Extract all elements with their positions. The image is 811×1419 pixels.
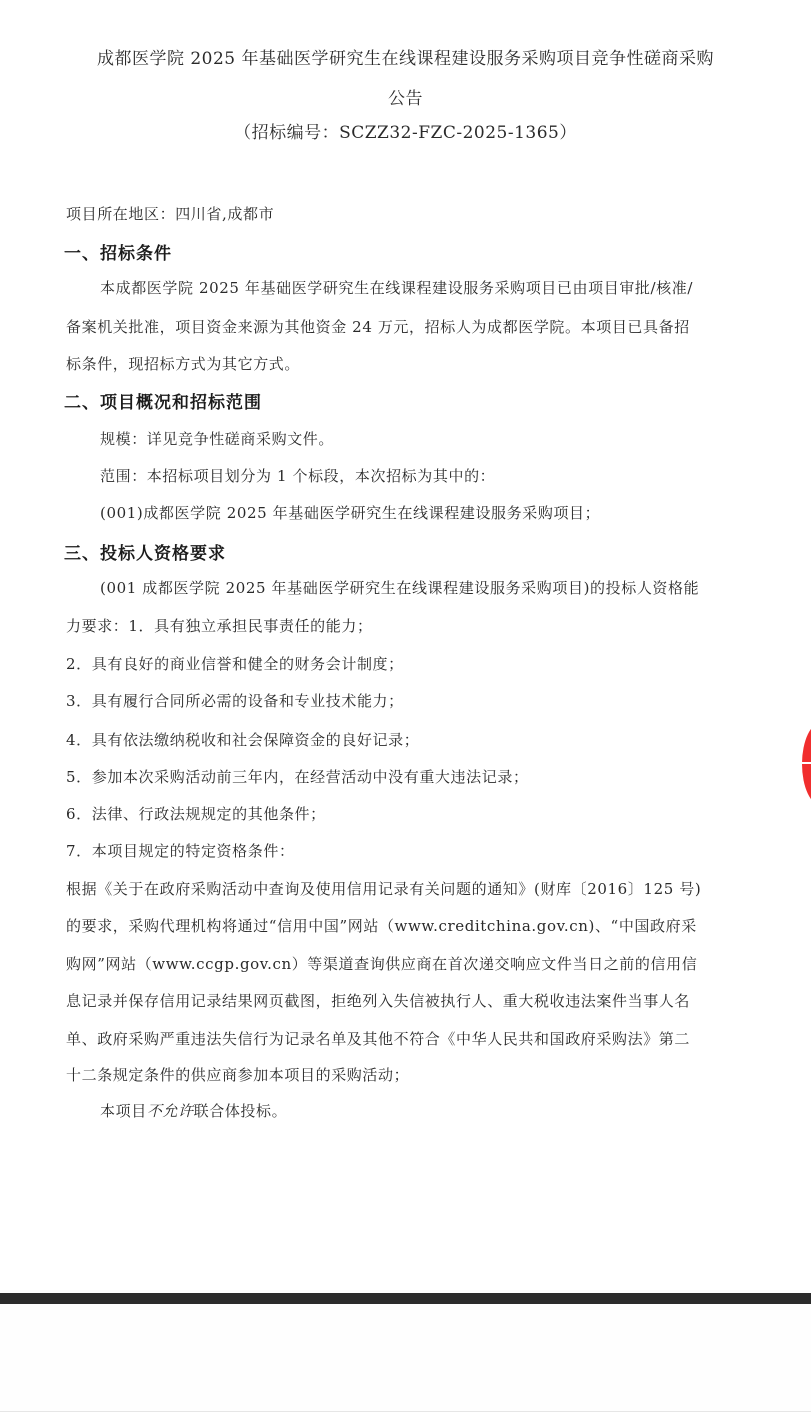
requirement-item-5: 5．参加本次采购活动前三年内，在经营活动中没有重大违法记录； bbox=[66, 766, 529, 787]
consortium-not-allowed: 不允许 bbox=[147, 1102, 194, 1120]
paragraph-line: 十二条规定条件的供应商参加本项目的采购活动； bbox=[66, 1064, 409, 1085]
paragraph-line: 购网”网站（www.ccgp.gov.cn）等渠道查询供应商在首次递交响应文件当… bbox=[66, 953, 697, 974]
scale-line: 规模：详见竞争性磋商采购文件。 bbox=[100, 428, 334, 449]
paragraph-line: 单、政府采购严重违法失信行为记录名单及其他不符合《中华人民共和国政府采购法》第二 bbox=[66, 1028, 690, 1049]
consortium-statement: 本项目不允许联合体投标。 bbox=[100, 1100, 287, 1121]
requirement-item-1: 力要求：1．具有独立承担民事责任的能力； bbox=[66, 615, 373, 636]
section-heading-bidder-qualifications: 三、投标人资格要求 bbox=[64, 539, 226, 564]
bid-number: （招标编号：SCZZ32-FZC-2025-1365） bbox=[0, 118, 811, 143]
consortium-suffix: 联合体投标。 bbox=[194, 1102, 288, 1120]
requirement-item-2: 2．具有良好的商业信誉和健全的财务会计制度； bbox=[66, 653, 404, 674]
document-page: 成都医学院 2025 年基础医学研究生在线课程建设服务采购项目竞争性磋商采购 公… bbox=[0, 0, 811, 1293]
paragraph-line: (001 成都医学院 2025 年基础医学研究生在线课程建设服务采购项目)的投标… bbox=[100, 577, 699, 598]
document-title-line1: 成都医学院 2025 年基础医学研究生在线课程建设服务采购项目竞争性磋商采购 bbox=[0, 44, 811, 69]
requirement-item-3: 3．具有履行合同所必需的设备和专业技术能力； bbox=[66, 690, 404, 711]
consortium-prefix: 本项目 bbox=[100, 1102, 147, 1120]
requirement-item-6: 6．法律、行政法规规定的其他条件； bbox=[66, 803, 326, 824]
paragraph-line: 的要求，采购代理机构将通过“信用中国”网站（www.creditchina.go… bbox=[66, 915, 697, 936]
blank-page-area bbox=[0, 1304, 811, 1412]
requirement-item-4: 4．具有依法缴纳税收和社会保障资金的良好记录； bbox=[66, 729, 419, 750]
red-seal-stamp-icon bbox=[802, 722, 811, 806]
page-separator-bar bbox=[0, 1293, 811, 1304]
paragraph-line: 息记录并保存信用记录结果网页截图，拒绝列入失信被执行人、重大税收违法案件当事人名 bbox=[66, 990, 690, 1011]
paragraph-line: 根据《关于在政府采购活动中查询及使用信用记录有关问题的通知》(财库〔2016〕1… bbox=[66, 878, 701, 899]
project-region: 项目所在地区：四川省,成都市 bbox=[66, 203, 274, 224]
paragraph-line: 本成都医学院 2025 年基础医学研究生在线课程建设服务采购项目已由项目审批/核… bbox=[100, 277, 693, 298]
lot-line: (001)成都医学院 2025 年基础医学研究生在线课程建设服务采购项目； bbox=[100, 502, 600, 523]
paragraph-line: 备案机关批准，项目资金来源为其他资金 24 万元，招标人为成都医学院。本项目已具… bbox=[66, 316, 690, 337]
section-heading-bid-conditions: 一、招标条件 bbox=[64, 239, 172, 264]
document-title-line2: 公告 bbox=[0, 84, 811, 109]
section-heading-project-overview: 二、项目概况和招标范围 bbox=[64, 388, 262, 413]
requirement-item-7: 7．本项目规定的特定资格条件： bbox=[66, 840, 295, 861]
scope-line: 范围：本招标项目划分为 1 个标段，本次招标为其中的： bbox=[100, 465, 495, 486]
paragraph-line: 标条件，现招标方式为其它方式。 bbox=[66, 353, 300, 374]
